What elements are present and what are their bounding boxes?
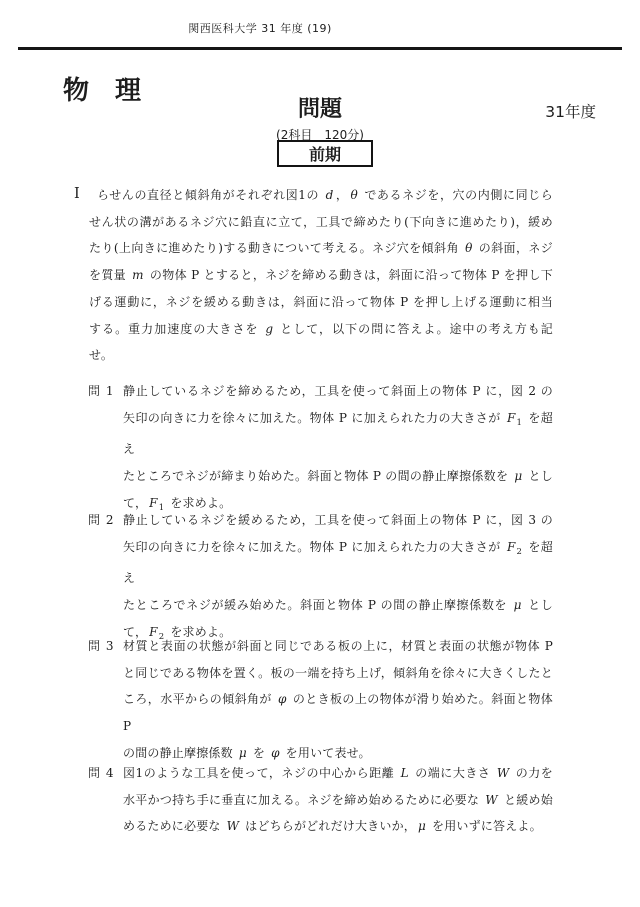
page-header: 関西医科大学 31 年度 (19) <box>0 20 520 36</box>
question-4-text: 図1のような工具を使って，ネジの中心から距離 L の端に大きさ W の力を水平か… <box>123 760 553 840</box>
term-box-label: 前期 <box>309 142 341 165</box>
question-2-label: 問 2 <box>88 507 114 534</box>
math-variable: m <box>130 268 146 282</box>
question-block-1: 問 1 静止しているネジを締めるため，工具を使って斜面上の物体 P に，図 2 … <box>88 378 553 522</box>
math-variable: φ <box>276 692 289 706</box>
math-variable: μ <box>512 598 524 612</box>
question-3-label: 問 3 <box>88 633 114 660</box>
question-2-text: 静止しているネジを緩めるため，工具を使って斜面上の物体 P に，図 3 の矢印の… <box>123 507 553 651</box>
math-variable: μ <box>416 819 428 833</box>
exam-title: 問題 <box>0 92 640 123</box>
math-variable: W <box>495 766 512 780</box>
question-block-4: 問 4 図1のような工具を使って，ネジの中心から距離 L の端に大きさ W の力… <box>88 760 553 840</box>
math-variable: φ <box>269 746 282 760</box>
term-box: 前期 <box>277 140 373 167</box>
math-variable: F2 <box>505 540 524 554</box>
math-variable: F1 <box>505 411 524 425</box>
math-variable: μ <box>512 469 524 483</box>
math-variable: L <box>399 766 411 780</box>
math-variable: W <box>483 793 500 807</box>
problem-section: I らせんの直径と傾斜角がそれぞれ図1の d，θ であるネジを，穴の内側に同じら… <box>89 182 553 369</box>
math-variable: θ <box>463 241 474 255</box>
question-1-text: 静止しているネジを締めるため，工具を使って斜面上の物体 P に，図 2 の矢印の… <box>123 378 553 522</box>
question-block-2: 問 2 静止しているネジを緩めるため，工具を使って斜面上の物体 P に，図 3 … <box>88 507 553 651</box>
problem-intro-text: らせんの直径と傾斜角がそれぞれ図1の d，θ であるネジを，穴の内側に同じらせん… <box>89 182 553 369</box>
math-variable: μ <box>237 746 249 760</box>
math-variable: g <box>263 322 275 336</box>
problem-numeral: I <box>74 186 80 202</box>
question-4-label: 問 4 <box>88 760 114 787</box>
header-rule <box>18 47 622 50</box>
exam-document-page: 関西医科大学 31 年度 (19) 物 理 問題 31年度 (2科目 120分)… <box>0 0 640 907</box>
question-block-3: 問 3 材質と表面の状態が斜面と同じである板の上に，材質と表面の状態が物体 Pと… <box>88 633 553 767</box>
question-1-label: 問 1 <box>88 378 114 405</box>
question-3-text: 材質と表面の状態が斜面と同じである板の上に，材質と表面の状態が物体 Pと同じであ… <box>123 633 553 767</box>
math-variable: θ <box>348 188 359 202</box>
math-variable: d <box>324 188 336 202</box>
math-variable: W <box>225 819 242 833</box>
year-label: 31年度 <box>545 100 596 122</box>
